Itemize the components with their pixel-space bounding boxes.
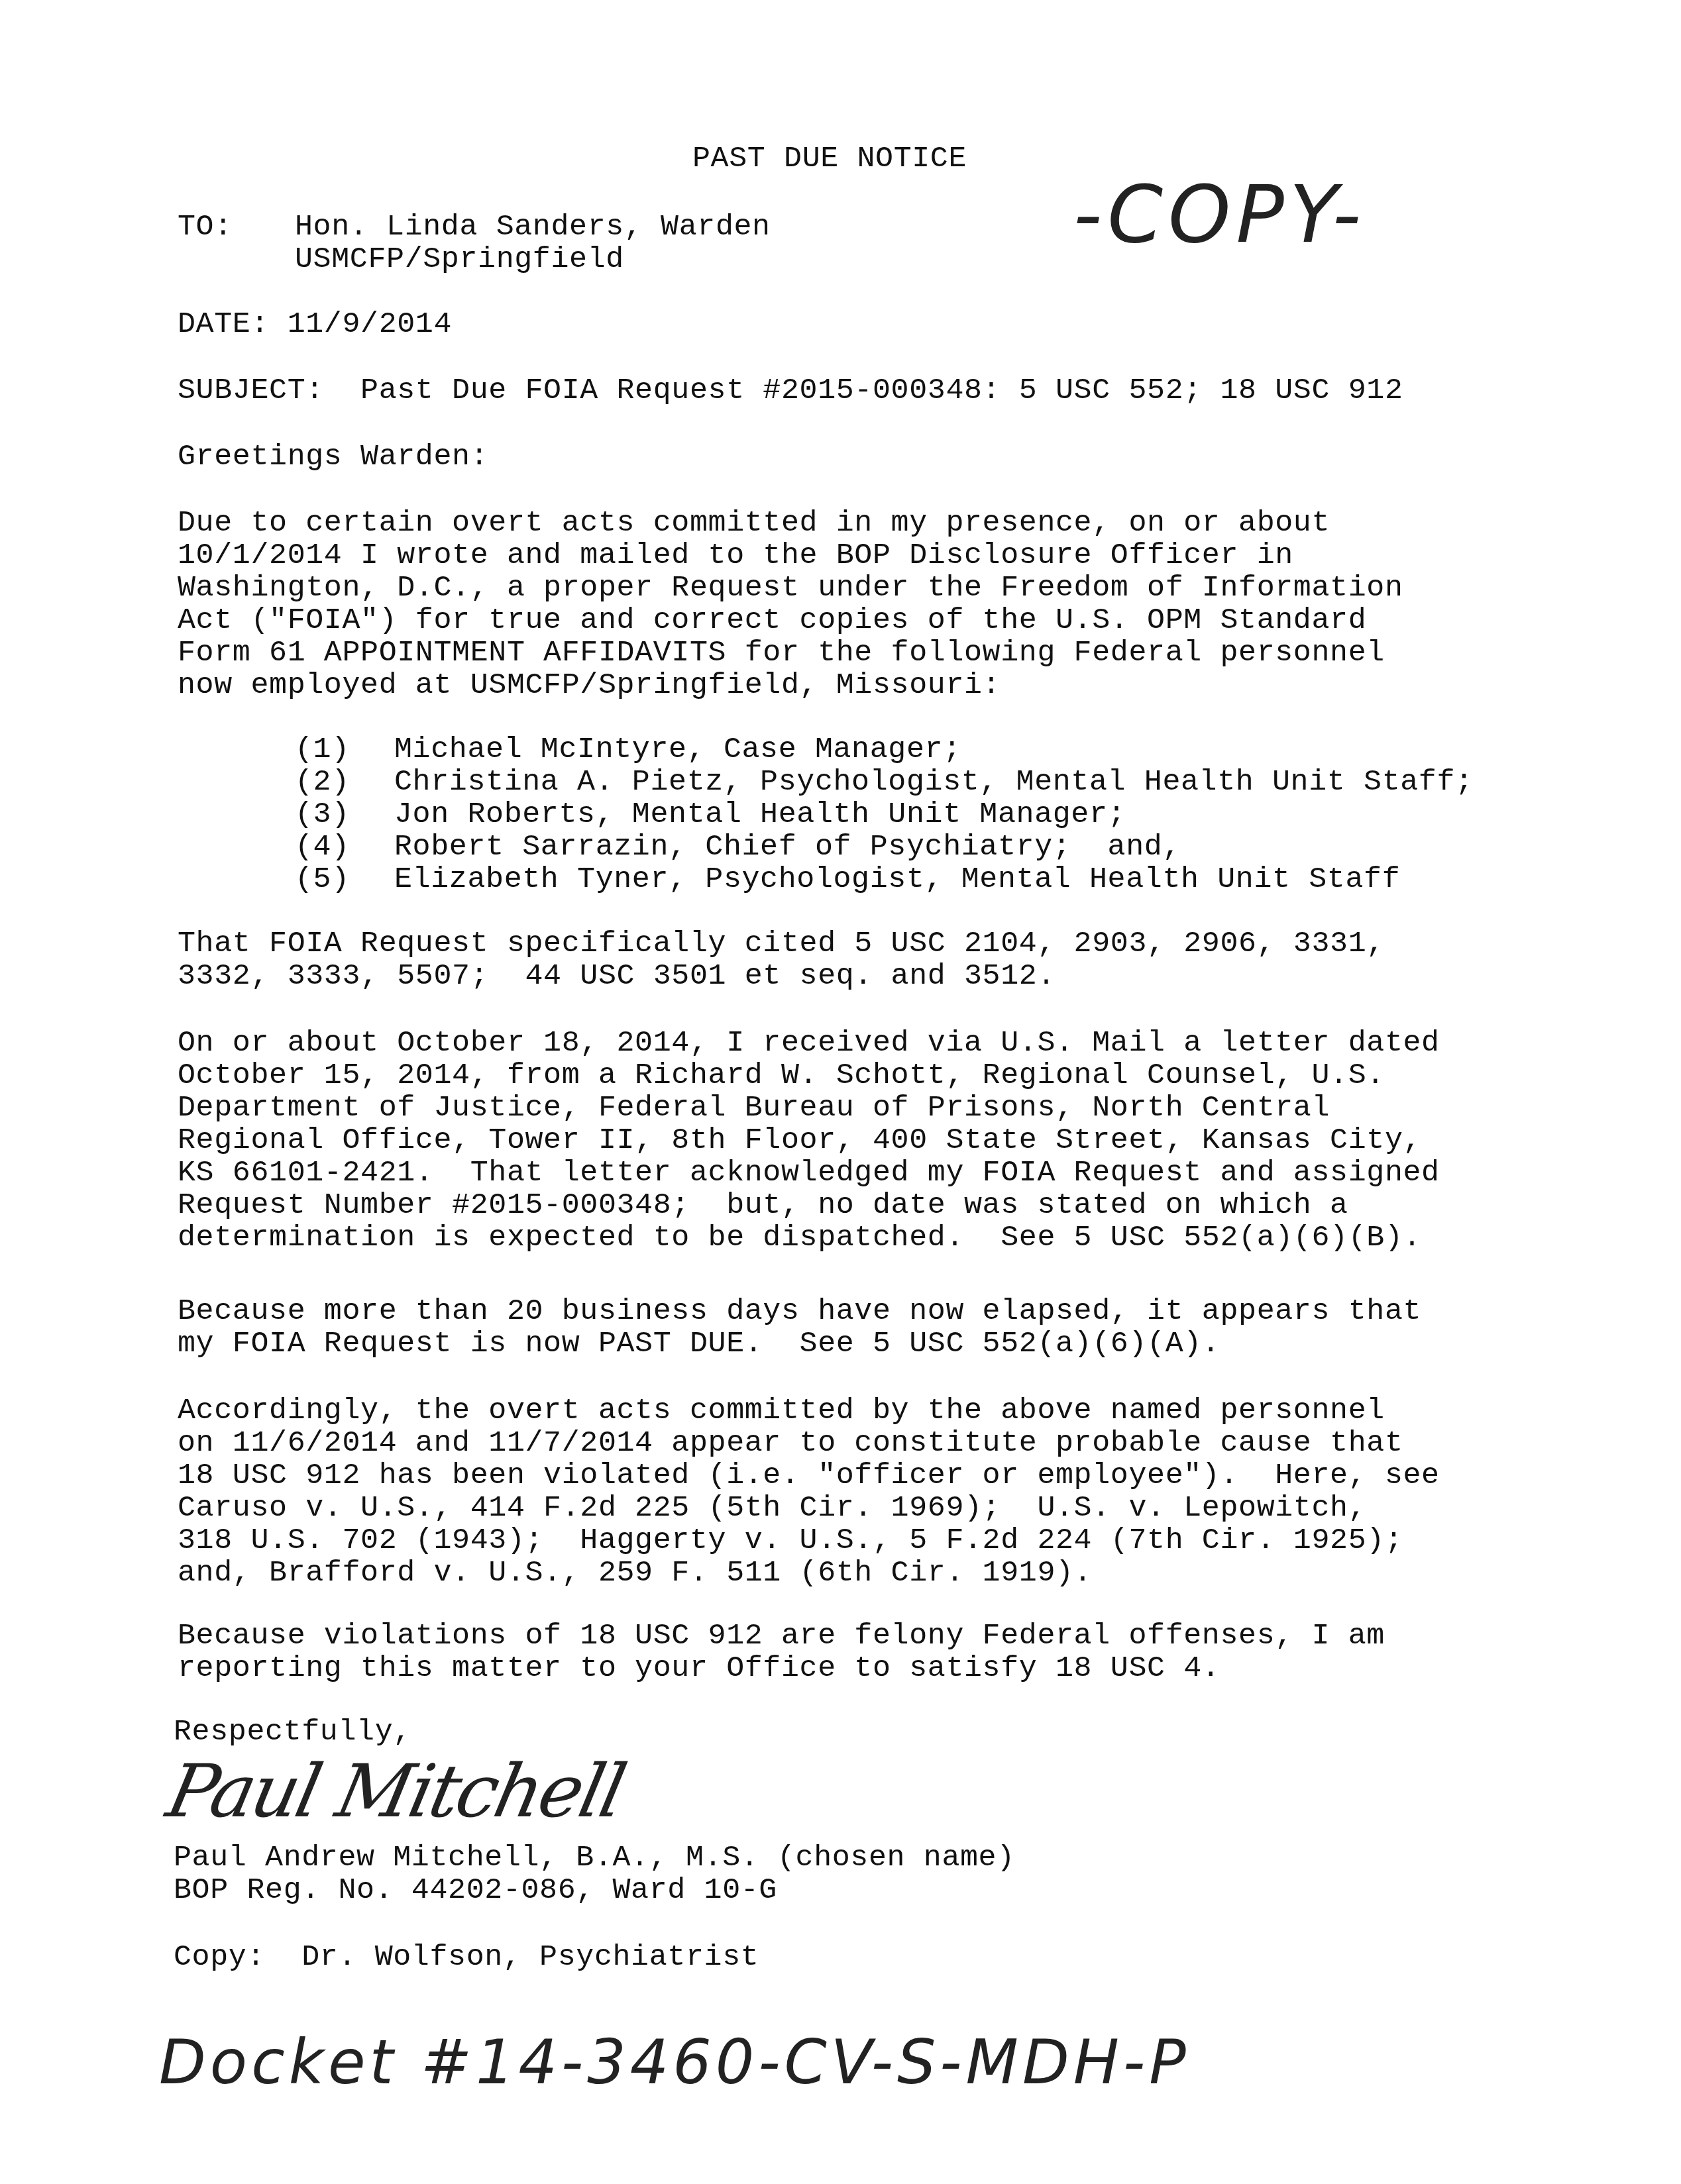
personnel-list: (1)Michael McIntyre, Case Manager;(2)Chr… [295,733,1474,896]
paragraph-line: Because violations of 18 USC 912 are fel… [178,1620,1385,1652]
paragraph-line: reporting this matter to your Office to … [178,1652,1385,1685]
copy-recipient: Copy: Dr. Wolfson, Psychiatrist [174,1941,759,1973]
paragraph-line: 18 USC 912 has been violated (i.e. "offi… [178,1459,1440,1492]
paragraph-line: Due to certain overt acts committed in m… [178,507,1403,539]
list-item-text: Robert Sarrazin, Chief of Psychiatry; an… [394,830,1181,864]
signer-name: Paul Andrew Mitchell, B.A., M.S. (chosen… [174,1842,1015,1874]
list-item-text: Jon Roberts, Mental Health Unit Manager; [394,798,1126,831]
to-label: TO: [178,211,233,243]
paragraph-cited-statutes: That FOIA Request specifically cited 5 U… [178,927,1385,992]
paragraph-line: Request Number #2015-000348; but, no dat… [178,1189,1440,1222]
list-item-number: (2) [295,766,394,798]
recipient-name: Hon. Linda Sanders, Warden [295,211,771,243]
paragraph-probable-cause: Accordingly, the overt acts committed by… [178,1394,1440,1589]
list-item-number: (5) [295,863,394,896]
docket-number-handwritten: Docket #14-3460-CV-S-MDH-P [159,2027,1190,2098]
paragraph-line: KS 66101-2421. That letter acknowledged … [178,1157,1440,1189]
subject-line: SUBJECT: Past Due FOIA Request #2015-000… [178,374,1403,407]
paragraph-line: 318 U.S. 702 (1943); Haggerty v. U.S., 5… [178,1524,1440,1557]
paragraph-line: Caruso v. U.S., 414 F.2d 225 (5th Cir. 1… [178,1492,1440,1524]
paragraph-line: On or about October 18, 2014, I received… [178,1027,1440,1059]
personnel-list-item: (2)Christina A. Pietz, Psychologist, Men… [295,766,1474,798]
list-item-text: Michael McIntyre, Case Manager; [394,733,961,766]
paragraph-acknowledgment-letter: On or about October 18, 2014, I received… [178,1027,1440,1254]
paragraph-line: Because more than 20 business days have … [178,1295,1421,1327]
recipient-organization: USMCFP/Springfield [295,243,624,276]
paragraph-line: That FOIA Request specifically cited 5 U… [178,927,1385,960]
paragraph-line: Act ("FOIA") for true and correct copies… [178,604,1403,637]
copy-stamp-handwritten: -COPY- [1073,169,1366,261]
paragraph-line: Accordingly, the overt acts committed by… [178,1394,1440,1427]
personnel-list-item: (3)Jon Roberts, Mental Health Unit Manag… [295,798,1474,831]
personnel-list-item: (5)Elizabeth Tyner, Psychologist, Mental… [295,863,1474,896]
handwritten-signature: Paul Mitchell [160,1749,631,1834]
paragraph-line: now employed at USMCFP/Springfield, Miss… [178,669,1403,702]
personnel-list-item: (4)Robert Sarrazin, Chief of Psychiatry;… [295,831,1474,863]
paragraph-line: Department of Justice, Federal Bureau of… [178,1092,1440,1124]
paragraph-line: and, Brafford v. U.S., 259 F. 511 (6th C… [178,1557,1440,1589]
greeting: Greetings Warden: [178,441,488,473]
paragraph-line: my FOIA Request is now PAST DUE. See 5 U… [178,1327,1421,1360]
paragraph-line: on 11/6/2014 and 11/7/2014 appear to con… [178,1427,1440,1459]
paragraph-foia-request: Due to certain overt acts committed in m… [178,507,1403,702]
paragraph-line: Regional Office, Tower II, 8th Floor, 40… [178,1124,1440,1157]
paragraph-line: October 15, 2014, from a Richard W. Scho… [178,1059,1440,1092]
registration-number: BOP Reg. No. 44202-086, Ward 10-G [174,1874,777,1906]
personnel-list-item: (1)Michael McIntyre, Case Manager; [295,733,1474,766]
paragraph-line: determination is expected to be dispatch… [178,1222,1440,1254]
paragraph-line: 3332, 3333, 5507; 44 USC 3501 et seq. an… [178,960,1385,992]
paragraph-reporting: Because violations of 18 USC 912 are fel… [178,1620,1385,1685]
document-page: PAST DUE NOTICE -COPY- TO: Hon. Linda Sa… [0,0,1681,2184]
paragraph-line: 10/1/2014 I wrote and mailed to the BOP … [178,539,1403,572]
list-item-text: Elizabeth Tyner, Psychologist, Mental He… [394,862,1400,896]
paragraph-line: Washington, D.C., a proper Request under… [178,572,1403,604]
list-item-number: (3) [295,798,394,831]
list-item-number: (4) [295,831,394,863]
closing: Respectfully, [174,1716,411,1748]
paragraph-line: Form 61 APPOINTMENT AFFIDAVITS for the f… [178,637,1403,669]
document-title: PAST DUE NOTICE [692,142,967,175]
list-item-text: Christina A. Pietz, Psychologist, Mental… [394,765,1474,799]
list-item-number: (1) [295,733,394,766]
paragraph-past-due: Because more than 20 business days have … [178,1295,1421,1360]
date-line: DATE: 11/9/2014 [178,308,452,340]
